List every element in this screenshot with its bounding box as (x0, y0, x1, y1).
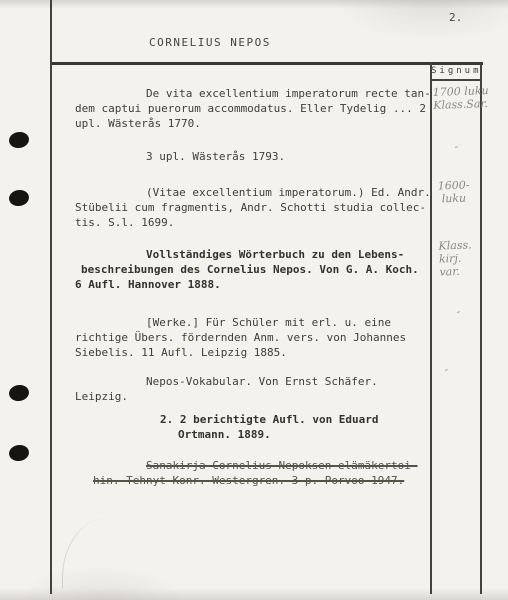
hole-punch (8, 444, 30, 463)
entry-line: (Vitae excellentium imperatorum.) Ed. An… (146, 185, 431, 200)
bibliography-entry: 3 upl. Wästerås 1793. (75, 149, 431, 164)
entry-line: 6 Aufl. Hannover 1888. (75, 277, 431, 292)
note-line: 1600- (438, 178, 470, 192)
hole-punch (8, 131, 30, 150)
hole-punch (8, 189, 30, 208)
entry-line: 3 upl. Wästerås 1793. (146, 149, 431, 164)
table-top-rule (50, 62, 483, 65)
entry-line: beschreibungen des Cornelius Nepos. Von … (81, 262, 431, 277)
entry-line: dem captui puerorum accommodatus. Eller … (75, 101, 431, 116)
note-line: luku (438, 191, 470, 205)
signum-column-right-line (480, 63, 482, 594)
entry-line: richtige Übers. fördernden Anm. vers. vo… (75, 330, 431, 345)
bibliography-entry: De vita excellentium imperatorum recte t… (75, 86, 431, 131)
bibliography-entry: Nepos-Vokabular. Von Ernst Schäfer.Leipz… (75, 374, 431, 404)
note-line: Klass. (438, 238, 472, 252)
bibliography-entry: 2. 2 berichtigte Aufl. von EduardOrtmann… (75, 412, 431, 442)
entry-line: upl. Wästerås 1770. (75, 116, 431, 131)
signum-handwritten-note: Klass.kirj.var. (438, 238, 472, 278)
bibliography-entry: Vollständiges Wörterbuch zu den Lebens-b… (75, 247, 431, 292)
entry-line: De vita excellentium imperatorum recte t… (146, 86, 431, 101)
left-margin-line (50, 0, 52, 594)
note-line: kirj. (439, 251, 473, 265)
note-line: Klass.Sar. (433, 97, 489, 112)
note-line: ″ (457, 310, 461, 323)
bibliography-entry: Sanakirja Cornelius Nepoksen elämäkertoi… (75, 458, 431, 488)
signum-handwritten-note: 1600- luku (438, 178, 471, 205)
signum-handwritten-note: ″ (457, 310, 461, 323)
signum-header-underline (431, 79, 480, 81)
entry-line: tis. S.l. 1699. (75, 215, 431, 230)
document-title: CORNELIUS NEPOS (149, 36, 271, 49)
entry-line: Sanakirja Cornelius Nepoksen elämäkertoi… (146, 458, 431, 473)
entry-line: Siebelis. 11 Aufl. Leipzig 1885. (75, 345, 431, 360)
entry-line: Nepos-Vokabular. Von Ernst Schäfer. (146, 374, 431, 389)
entry-line: 2. 2 berichtigte Aufl. von Eduard (160, 412, 431, 427)
signum-column-header: Signum (431, 66, 480, 76)
entry-line: Stübelii cum fragmentis, Andr. Schotti s… (75, 200, 431, 215)
signum-handwritten-note: 1700 lukuKlass.Sar. (433, 84, 490, 112)
hole-punch (8, 384, 30, 403)
entry-line: [Werke.] Für Schüler mit erl. u. eine (146, 315, 431, 330)
note-line: ″ (455, 145, 459, 158)
bibliography-entry: [Werke.] Für Schüler mit erl. u. eineric… (75, 315, 431, 360)
note-line: ″ (445, 368, 449, 381)
note-line: var. (439, 264, 473, 278)
signum-handwritten-note: ″ (445, 368, 449, 381)
paper-crease (62, 518, 113, 588)
entry-line: Vollständiges Wörterbuch zu den Lebens- (146, 247, 431, 262)
entry-line: Leipzig. (75, 389, 431, 404)
bibliography-entry: (Vitae excellentium imperatorum.) Ed. An… (75, 185, 431, 230)
signum-handwritten-note: ″ (455, 145, 459, 158)
entry-line: Ortmann. 1889. (178, 427, 431, 442)
entry-line: hin. Tehnyt Konr. Westergren. 3 p. Porvo… (93, 473, 431, 488)
page-number: 2. (449, 11, 462, 24)
